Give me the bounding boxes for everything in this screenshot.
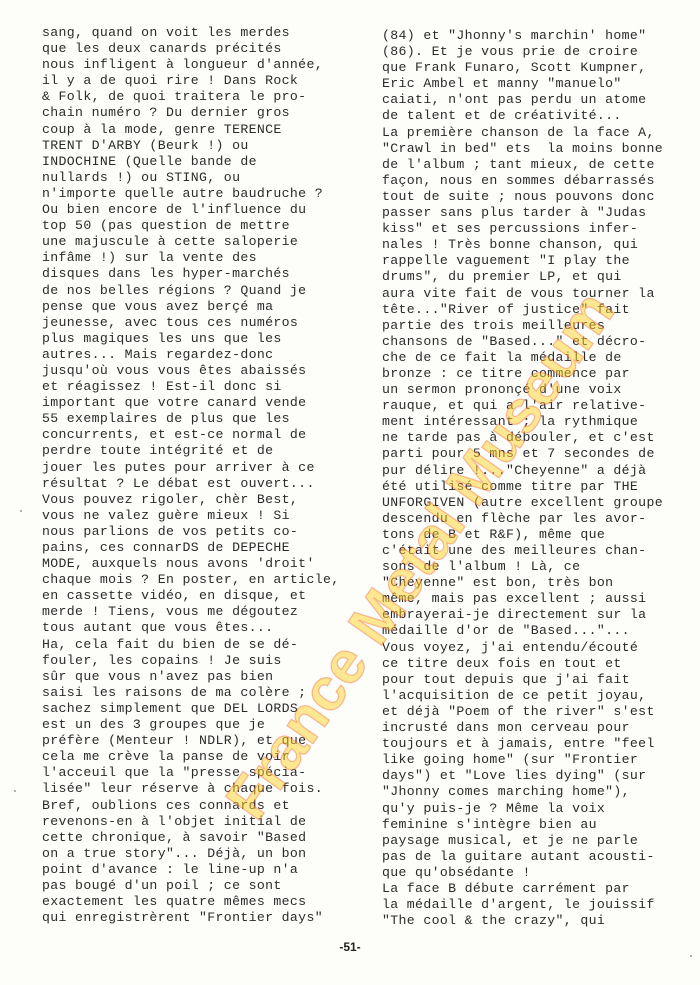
text-line: like going home" (sur "Frontier (382, 752, 700, 768)
text-line: aura vite fait de vous tourner la (382, 286, 700, 302)
text-line: nullards !) ou STING, ou (42, 170, 352, 186)
text-line: sang, quand on voit les merdes (42, 25, 352, 41)
text-line: jeunesse, avec tous ces numéros (42, 315, 352, 331)
text-line: rauque, et qui a l'air relative- (382, 398, 700, 414)
text-line: nous infligent à longueur d'année, (42, 57, 352, 73)
right-text-column: (84) et "Jhonny's marchin' home"(86). Et… (382, 28, 700, 929)
left-text-column: sang, quand on voit les merdesque les de… (42, 25, 352, 926)
text-line: ce titre deux fois en tout et (382, 656, 700, 672)
text-line: jusqu'où vous vous êtes abaissés (42, 363, 352, 379)
text-line: UNFORGIVEN (autre excellent groupe (382, 495, 700, 511)
scan-speck (20, 510, 22, 512)
text-line: Bref, oublions ces connards et (42, 798, 352, 814)
text-line: ne tarde pas à débouler, et c'est (382, 430, 700, 446)
text-line: plus magiques les uns que les (42, 331, 352, 347)
text-line: que qu'obsédante ! (382, 865, 700, 881)
text-line: (86). Et je vous prie de croire (382, 44, 700, 60)
text-line: chaque mois ? En poster, en article, (42, 572, 352, 588)
text-line: perdre toute intégrité et de (42, 443, 352, 459)
text-line: infâme !) sur la vente des (42, 250, 352, 266)
text-line: l'acceuil que la "presse spécia- (42, 765, 352, 781)
text-line: feminine s'intègre bien au (382, 817, 700, 833)
text-line: de talent et de créativité... (382, 108, 700, 124)
text-line: résultat ? Le débat est ouvert... (42, 476, 352, 492)
text-line: chain numéro ? Du dernier gros (42, 105, 352, 121)
text-line: sachez simplement que DEL LORDS (42, 701, 352, 717)
text-line: "Crawl in bed" ets la moins bonne (382, 141, 700, 157)
text-line: est un des 3 groupes que je (42, 717, 352, 733)
text-line: préfère (Menteur ! NDLR), et que (42, 733, 352, 749)
text-line: rappelle vaguement "I play the (382, 253, 700, 269)
text-line: Ou bien encore de l'influence du (42, 202, 352, 218)
text-line: cela me crève la panse de voir (42, 749, 352, 765)
text-line: Vous pouvez rigoler, chèr Best, (42, 492, 352, 508)
text-line: tous autant que vous êtes... (42, 620, 352, 636)
text-line: pains, ces connarDS de DEPECHE (42, 540, 352, 556)
text-line: la médaille d'argent, le jouissif (382, 897, 700, 913)
text-line: en cassette vidéo, en disque, et (42, 588, 352, 604)
text-line: point d'avance : le line-up n'a (42, 862, 352, 878)
text-line: et réagissez ! Est-il donc si (42, 379, 352, 395)
text-line: pas bougé d'un poil ; ce sont (42, 878, 352, 894)
text-line: caiati, n'ont pas perdu un atome (382, 92, 700, 108)
text-line: on a true story"... Déjà, un bon (42, 846, 352, 862)
text-line: drums", du premier LP, et qui (382, 269, 700, 285)
text-line: bronze : ce titre commence par (382, 366, 700, 382)
text-line: parti pour 5 mns et 7 secondes de (382, 446, 700, 462)
text-line: tout de suite ; nous pouvons donc (382, 189, 700, 205)
scanned-page: sang, quand on voit les merdesque les de… (0, 0, 700, 985)
text-line: kiss" et ses percussions infer- (382, 221, 700, 237)
scan-speck (690, 955, 692, 957)
text-line: "The cool & the crazy", qui (382, 913, 700, 929)
text-line: concurrents, et est-ce normal de (42, 427, 352, 443)
text-line: lisée" leur réserve à chaque fois. (42, 781, 352, 797)
text-line: "Jhonny comes marching home"), (382, 784, 700, 800)
text-line: embrayerai-je directement sur la (382, 607, 700, 623)
text-line: 55 exemplaires de plus que les (42, 411, 352, 427)
text-line: tons de B et R&F), même que (382, 527, 700, 543)
text-line: incrusté dans mon cerveau pour (382, 720, 700, 736)
text-line: passer sans plus tarder à "Judas (382, 205, 700, 221)
text-line: Eric Ambel et manny "manuelo" (382, 76, 700, 92)
text-line: cette chronique, à savoir "Based (42, 830, 352, 846)
text-line: pense que vous avez berçé ma (42, 299, 352, 315)
text-line: de nos belles régions ? Quand je (42, 283, 352, 299)
text-line: nous parlions de vos petits co- (42, 524, 352, 540)
text-line: n'importe quelle autre baudruche ? (42, 186, 352, 202)
text-line: La première chanson de la face A, (382, 125, 700, 141)
text-line: merde ! Tiens, vous me dégoutez (42, 604, 352, 620)
text-line: toujours et à jamais, entre "feel (382, 736, 700, 752)
text-line: coup à la mode, genre TERENCE (42, 122, 352, 138)
text-line: days") et "Love lies dying" (sur (382, 768, 700, 784)
text-line: médaille d'or de "Based..."... (382, 623, 700, 639)
text-line: que Frank Funaro, Scott Kumpner, (382, 60, 700, 76)
text-line: c'était une des meilleures chan- (382, 543, 700, 559)
text-line: revenons-en à l'objet initial de (42, 814, 352, 830)
page-number: -51- (0, 940, 700, 954)
text-line: disques dans les hyper-marchés (42, 266, 352, 282)
text-line: top 50 (pas question de mettre (42, 218, 352, 234)
text-line: de l'album ; tant mieux, de cette (382, 157, 700, 173)
text-line: Vous voyez, j'ai entendu/écouté (382, 640, 700, 656)
text-line: même, mais pas excellent ; aussi (382, 591, 700, 607)
text-line: TRENT D'ARBY (Beurk !) ou (42, 138, 352, 154)
text-line: un sermon prononçé d'une voix (382, 382, 700, 398)
text-line: sûr que vous n'avez pas bien (42, 669, 352, 685)
text-line: chansons de "Based..." et décro- (382, 334, 700, 350)
text-line: pour tout depuis que j'ai fait (382, 672, 700, 688)
text-line: l'acquisition de ce petit joyau, (382, 688, 700, 704)
text-line: pur délire !..."Cheyenne" a déjà (382, 463, 700, 479)
text-line: & Folk, de quoi traitera le pro- (42, 89, 352, 105)
text-line: et déjà "Poem of the river" s'est (382, 704, 700, 720)
text-line: jouer les putes pour arriver à ce (42, 460, 352, 476)
scan-speck (14, 790, 16, 792)
text-line: partie des trois meilleures (382, 318, 700, 334)
text-line: important que votre canard vende (42, 395, 352, 411)
text-line: façon, nous en sommes débarrassés (382, 173, 700, 189)
text-line: Ha, cela fait du bien de se dé- (42, 637, 352, 653)
text-line: été utilisé comme titre par THE (382, 479, 700, 495)
text-line: fouler, les copains ! Je suis (42, 653, 352, 669)
text-line: ment intéressant ; la rythmique (382, 414, 700, 430)
text-line: saisi les raisons de ma colère ; (42, 685, 352, 701)
text-line: descendu en flèche par les avor- (382, 511, 700, 527)
text-line: que les deux canards précités (42, 41, 352, 57)
text-line: (84) et "Jhonny's marchin' home" (382, 28, 700, 44)
text-line: sons de l'album ! Là, ce (382, 559, 700, 575)
text-line: INDOCHINE (Quelle bande de (42, 154, 352, 170)
text-line: autres... Mais regardez-donc (42, 347, 352, 363)
text-line: qu'y puis-je ? Même la voix (382, 801, 700, 817)
text-line: vous ne valez guère mieux ! Si (42, 508, 352, 524)
text-line: il y a de quoi rire ! Dans Rock (42, 73, 352, 89)
text-line: "Cheyenne" est bon, très bon (382, 575, 700, 591)
text-line: qui enregistrèrent "Frontier days" (42, 910, 352, 926)
text-line: une majuscule à cette saloperie (42, 234, 352, 250)
text-line: La face B débute carrément par (382, 881, 700, 897)
text-line: MODE, auxquels nous avons 'droit' (42, 556, 352, 572)
text-line: paysage musical, et je ne parle (382, 833, 700, 849)
text-line: nales ! Très bonne chanson, qui (382, 237, 700, 253)
text-line: tête..."River of justice" fait (382, 302, 700, 318)
text-line: che de ce fait la médaille de (382, 350, 700, 366)
text-line: exactement les quatre mêmes mecs (42, 894, 352, 910)
text-line: pas de la guitare autant acousti- (382, 849, 700, 865)
